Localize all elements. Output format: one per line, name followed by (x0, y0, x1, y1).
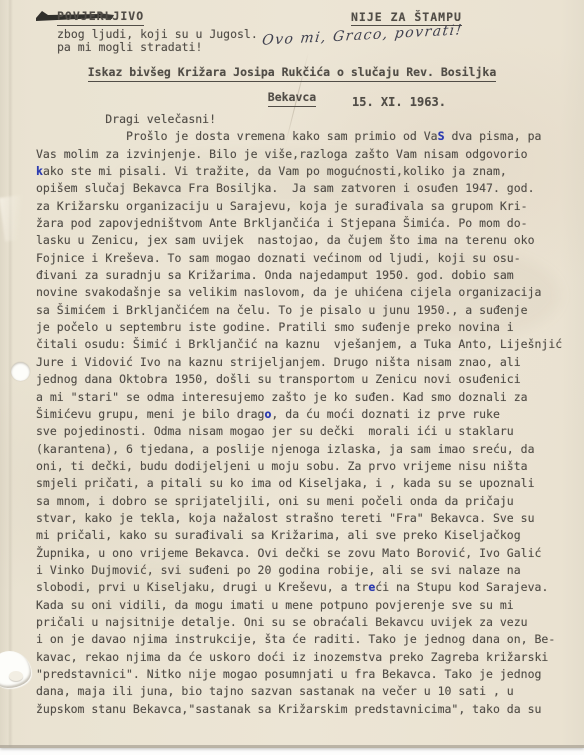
torn-punch-hole (0, 651, 31, 688)
paper-edge-wrinkle (0, 194, 31, 241)
classification-note-line2: pa mi mogli stradati! (57, 41, 258, 55)
body-text-line: Župnika, u ono vrijeme Bekavca. Ovi dečk… (36, 545, 576, 562)
body-text-line: dana, maja ili juna, bio tajno sazvan sa… (36, 683, 576, 700)
body-text-line: Dragi velečasni! (36, 111, 576, 128)
body-text-line: lasku u Zenicu, jex sam uvijek nastojao,… (36, 232, 576, 249)
body-text-line: đivani za suradnju sa Križarima. Onda na… (36, 267, 576, 284)
punch-hole (11, 362, 30, 381)
body-text-line: sa Šimićem i Brkljančićem na čelu. To je… (36, 302, 576, 319)
body-text-line: je počelo u septembru iste godine. Prati… (36, 319, 576, 336)
ink-correction: k (36, 164, 43, 178)
body-text-line: Kada su oni vidili, da mogu imati u mene… (36, 597, 576, 614)
body-text-line: slobodi, prvi u Kiseljaku, drugi u Kreše… (36, 579, 576, 596)
body-text-line: novine svakodašnje sa velikim naslovom, … (36, 284, 576, 301)
body-text-line: opišem slučaj Bekavca Fra Bosiljka. Ja s… (36, 180, 576, 197)
body-text-line: smjeli pričati, a pitali su ko ima od Ki… (36, 475, 576, 492)
body-text-line: Fojnice i Kreševa. To sam mogao doznati … (36, 250, 576, 267)
body-text-line: oni, ti dečki, budu dodijeljeni u moju s… (36, 458, 576, 475)
body-text-line: kako ste mi pisali. Vi tražite, da Vam p… (36, 163, 576, 180)
classification-note-line1: zbog ljudi, koji su u Jugosl. (57, 28, 258, 42)
title-line-2: Bekavca (268, 90, 316, 107)
ink-correction: S (438, 129, 445, 143)
classification-stamp: POVJERLJIVO (57, 10, 144, 26)
paper-bottom-edge (0, 745, 584, 747)
ink-correction: o (264, 407, 271, 421)
body-text-line: sa mnom, i dobro se sprijateljili, oni s… (36, 493, 576, 510)
body-text-line: Šimićevu grupu, meni je bilo drago, da ć… (36, 406, 576, 423)
body-text-line: i on je davao njima instrukcije, šta će … (36, 631, 576, 648)
body-text-line: kavac, rekao njima da će uskoro doći iz … (36, 649, 576, 666)
letter-body: Dragi velečasni! Prošlo je dosta vremena… (36, 111, 576, 718)
body-text-line: i Vinko Dujmović, svi suđeni po 20 godin… (36, 562, 576, 579)
body-text-line: mi pričali, kako su surađivali sa Križar… (36, 527, 576, 544)
title-line-1: Iskaz bivšeg Križara Josipa Rukčića o sl… (88, 65, 497, 82)
letter-paper-sheet: POVJERLJIVO zbog ljudi, koji su u Jugosl… (0, 0, 584, 747)
body-text-line: a mi "stari" se odma interesujemo zašto … (36, 389, 576, 406)
body-text-line: Vas molim za izvinjenje. Bilo je više,ra… (36, 146, 576, 163)
classification-block: POVJERLJIVO zbog ljudi, koji su u Jugosl… (57, 10, 258, 55)
body-text-line: za Križarsku organizaciju u Sarajevu, ko… (36, 198, 576, 215)
body-text-line: sve pojedinosti. Odma nisam mogao jer su… (36, 423, 576, 440)
body-text-line: žara pod zapovjedništvom Ante Brkljančić… (36, 215, 576, 232)
ink-correction: e (368, 580, 375, 594)
scanned-document-screenshot: POVJERLJIVO zbog ljudi, koji su u Jugosl… (0, 0, 584, 755)
document-title: Iskaz bivšeg Križara Josipa Rukčića o sl… (0, 61, 584, 107)
body-text-line: jednog dana Oktobra 1950, došli su trans… (36, 371, 576, 388)
body-text-line: Prošlo je dosta vremena kako sam primio … (36, 128, 576, 145)
body-text-line: čitali osudu: Šimić i Brkljančić na kazn… (36, 336, 576, 353)
body-text-line: "predstavnici". Nitko nije mogao posumnj… (36, 666, 576, 683)
body-text-line: stvar, kako je tekla, koja nažalost stra… (36, 510, 576, 527)
body-text-line: Jure i Vidović Ivo na kaznu strijeljanje… (36, 354, 576, 371)
body-text-line: pričali u najsitnije detalje. Oni su se … (36, 614, 576, 631)
document-date: 15. XI. 1963. (352, 95, 446, 109)
body-text-line: (karantena), 6 tjedana, a poslije njenog… (36, 441, 576, 458)
body-text-line: župskom stanu Bekavca,"sastanak sa Križa… (36, 701, 576, 718)
